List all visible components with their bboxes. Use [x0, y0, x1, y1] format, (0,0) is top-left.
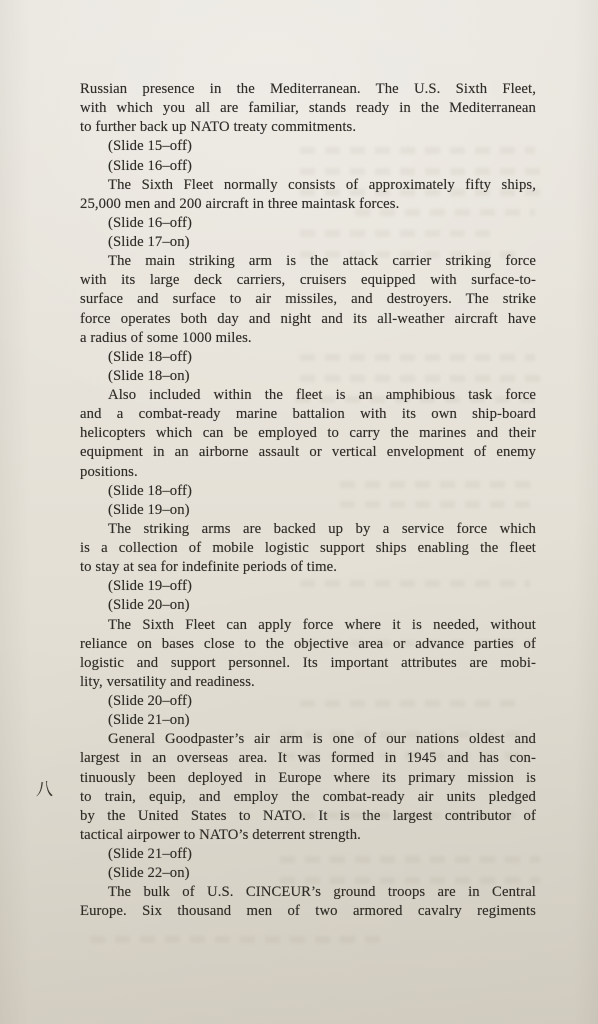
text-line: with its large deck carriers, cruisers e…	[80, 271, 536, 290]
slide-cue-line: (Slide 19–on)	[80, 501, 536, 520]
text-line: to train, equip, and employ the combat-r…	[80, 788, 536, 807]
slide-cue-line: (Slide 21–on)	[80, 711, 536, 730]
scanned-document-page: 八 Russian presence in the Mediterranean.…	[0, 0, 598, 1024]
slide-cue-line: (Slide 21–off)	[80, 845, 536, 864]
text-line: force operates both day and night and it…	[80, 310, 536, 329]
text-line: to stay at sea for indefinite periods of…	[80, 558, 536, 577]
text-line: largest in an overseas area. It was form…	[80, 749, 536, 768]
text-line: The striking arms are backed up by a ser…	[80, 520, 536, 539]
text-line: is a collection of mobile logistic suppo…	[80, 539, 536, 558]
text-line: equipment in an airborne assault or vert…	[80, 443, 536, 462]
text-line: Europe. Six thousand men of two armored …	[80, 902, 536, 921]
slide-cue-line: (Slide 18–off)	[80, 482, 536, 501]
text-line: by the United States to NATO. It is the …	[80, 807, 536, 826]
slide-cue-line: (Slide 20–off)	[80, 692, 536, 711]
slide-cue-line: (Slide 19–off)	[80, 577, 536, 596]
text-line: helicopters which can be employed to car…	[80, 424, 536, 443]
text-line: The bulk of U.S. CINCEUR’s ground troops…	[80, 883, 536, 902]
slide-cue-line: (Slide 18–on)	[80, 367, 536, 386]
text-block: Russian presence in the Mediterranean. T…	[80, 80, 536, 922]
text-line: logistic and support personnel. Its impo…	[80, 654, 536, 673]
margin-page-number: 八	[36, 775, 53, 800]
slide-cue-line: (Slide 17–on)	[80, 233, 536, 252]
text-line: 25,000 men and 200 aircraft in three mai…	[80, 195, 536, 214]
text-line: with which you all are familiar, stands …	[80, 99, 536, 118]
text-line: tactical airpower to NATO’s deterrent st…	[80, 826, 536, 845]
text-line: to further back up NATO treaty commitmen…	[80, 118, 536, 137]
slide-cue-line: (Slide 22–on)	[80, 864, 536, 883]
text-line: Also included within the fleet is an amp…	[80, 386, 536, 405]
slide-cue-line: (Slide 16–off)	[80, 214, 536, 233]
slide-cue-line: (Slide 15–off)	[80, 137, 536, 156]
text-line: General Goodpaster’s air arm is one of o…	[80, 730, 536, 749]
text-line: Russian presence in the Mediterranean. T…	[80, 80, 536, 99]
text-line: The Sixth Fleet normally consists of app…	[80, 176, 536, 195]
text-line: tinuously been deployed in Europe where …	[80, 769, 536, 788]
text-line: The main striking arm is the attack carr…	[80, 252, 536, 271]
text-line: a radius of some 1000 miles.	[80, 329, 536, 348]
slide-cue-line: (Slide 20–on)	[80, 596, 536, 615]
text-line: reliance on bases close to the objective…	[80, 635, 536, 654]
bleed-through-smudge	[90, 936, 390, 943]
text-line: and a combat-ready marine battalion with…	[80, 405, 536, 424]
text-line: positions.	[80, 463, 536, 482]
text-line: surface and surface to air missiles, and…	[80, 290, 536, 309]
slide-cue-line: (Slide 18–off)	[80, 348, 536, 367]
slide-cue-line: (Slide 16–off)	[80, 157, 536, 176]
text-line: The Sixth Fleet can apply force where it…	[80, 616, 536, 635]
text-line: lity, versatility and readiness.	[80, 673, 536, 692]
